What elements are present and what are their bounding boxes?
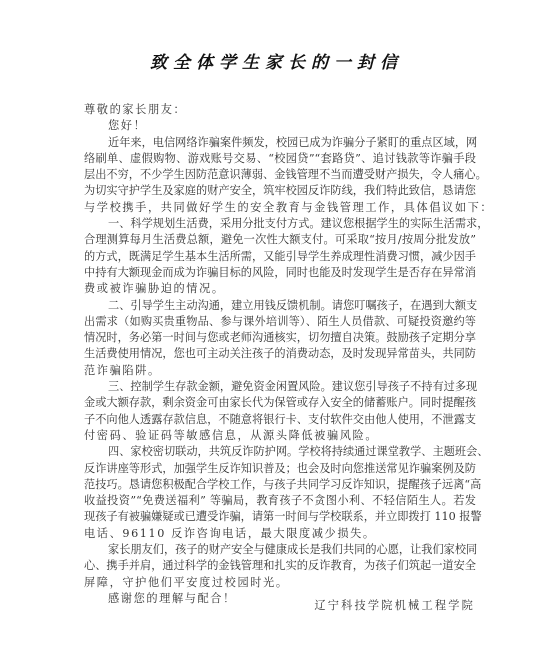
paragraph-line: 屏障，守护他们平安度过校园时光。 xyxy=(84,575,476,591)
paragraph-line: 出需求（如购买贵重物品、参与课外培训等）、陌生人员借款、可疑投资邀约等 xyxy=(84,314,476,330)
paragraph-line: 合理测算每月生活费总额，避免一次性大额支付。可采取“按月/按周分批发放” xyxy=(84,232,476,248)
paragraph-line: 近年来，电信网络诈骗案件频发，校园已成为诈骗分子紧盯的重点区域，网 xyxy=(84,135,476,151)
paragraph-point-2: 二、引导学生主动沟通，建立用钱反馈机制。请您叮嘱孩子，在遇到大额支 出需求（如购… xyxy=(84,298,476,379)
paragraph-line: 为切实守护学生及家庭的财产安全，筑牢校园反诈防线，我们特此致信，恳请您 xyxy=(84,183,476,199)
paragraph-line: 现孩子有被骗嫌疑或已遭受诈骗，请第一时间与学校联系，并立即拨打 110 报警 xyxy=(84,509,476,525)
paragraph-line: 一、科学规划生活费，采用分批支付方式。建议您根据学生的实际生活需求， xyxy=(84,216,476,232)
paragraph-line: 二、引导学生主动沟通，建立用钱反馈机制。请您叮嘱孩子，在遇到大额支 xyxy=(84,298,476,314)
paragraph-line: 三、控制学生存款金额，避免资金闲置风险。建议您引导孩子不持有过多现 xyxy=(84,379,476,395)
greeting: 您好！ xyxy=(84,118,476,134)
paragraph-line: 情况时，务必第一时间与您或老师沟通核实，切勿擅自决策。鼓励孩子定期分享 xyxy=(84,330,476,346)
paragraph-line: 反诈讲座等形式，加强学生反诈知识普及；也会及时向您推送常见诈骗案例及防 xyxy=(84,461,476,477)
paragraph-point-4: 四、家校密切联动，共筑反诈防护网。学校将持续通过课堂教学、主题班会、 反诈讲座等… xyxy=(84,444,476,542)
salutation: 尊敬的家长朋友： xyxy=(84,102,476,118)
paragraph-line: 家长朋友们，孩子的财产安全与健康成长是我们共同的心愿，让我们家校同 xyxy=(84,542,476,558)
document-page: 致全体学生家长的一封信 尊敬的家长朋友： 您好！ 近年来，电信网络诈骗案件频发，… xyxy=(0,0,553,663)
paragraph-line: 范诈骗陷阱。 xyxy=(84,363,476,379)
paragraph-line: 子不向他人透露存款信息，不随意将银行卡、支付软件交由他人使用，不泄露支 xyxy=(84,412,476,428)
paragraph-line: 收益投资”“免费送福利” 等骗局，教育孩子不贪图小利、不轻信陌生人。若发 xyxy=(84,493,476,509)
paragraph-line: 的方式，既满足学生基本生活所需，又能引导学生养成理性消费习惯，减少因手 xyxy=(84,249,476,265)
paragraph-line: 与学校携手，共同做好学生的安全教育与金钱管理工作，具体倡议如下： xyxy=(84,200,476,216)
letter-body: 尊敬的家长朋友： 您好！ 近年来，电信网络诈骗案件频发，校园已成为诈骗分子紧盯的… xyxy=(84,102,476,607)
paragraph-line: 金或大额存款，剩余资金可由家长代为保管或存入安全的储蓄账户。同时提醒孩 xyxy=(84,395,476,411)
paragraph-line: 费或被诈骗胁迫的情况。 xyxy=(84,281,476,297)
paragraph-line: 电话、96110 反诈咨询电话，最大限度减少损失。 xyxy=(84,526,476,542)
paragraph-line: 层出不穷，不少学生因防范意识薄弱、金钱管理不当而遭受财产损失，令人痛心。 xyxy=(84,167,476,183)
paragraph-line: 络刷单、虚假购物、游戏账号交易、“校园贷”“套路贷”、追讨钱款等诈骗手段 xyxy=(84,151,476,167)
signature: 辽宁科技学院机械工程学院 xyxy=(314,597,475,613)
paragraph-closing: 家长朋友们，孩子的财产安全与健康成长是我们共同的心愿，让我们家校同 心、携手并肩… xyxy=(84,542,476,591)
paragraph-line: 心、携手并肩，通过科学的金钱管理和扎实的反诈教育，为孩子们筑起一道安全 xyxy=(84,558,476,574)
paragraph-line: 范技巧。恳请您积极配合学校工作，与孩子共同学习反诈知识，提醒孩子远离“高 xyxy=(84,477,476,493)
paragraph-line: 生活费使用情况，您也可主动关注孩子的消费动态，及时发现异常苗头，共同防 xyxy=(84,346,476,362)
paragraph-line: 中持有大额现金而成为诈骗目标的风险，同时也能及时发现学生是否存在异常消 xyxy=(84,265,476,281)
document-title: 致全体学生家长的一封信 xyxy=(0,48,553,73)
paragraph-line: 四、家校密切联动，共筑反诈防护网。学校将持续通过课堂教学、主题班会、 xyxy=(84,444,476,460)
paragraph-point-3: 三、控制学生存款金额，避免资金闲置风险。建议您引导孩子不持有过多现 金或大额存款… xyxy=(84,379,476,444)
paragraph-point-1: 一、科学规划生活费，采用分批支付方式。建议您根据学生的实际生活需求， 合理测算每… xyxy=(84,216,476,297)
paragraph-line: 付密码、验证码等敏感信息，从源头降低被骗风险。 xyxy=(84,428,476,444)
paragraph-intro: 近年来，电信网络诈骗案件频发，校园已成为诈骗分子紧盯的重点区域，网 络刷单、虚假… xyxy=(84,135,476,216)
